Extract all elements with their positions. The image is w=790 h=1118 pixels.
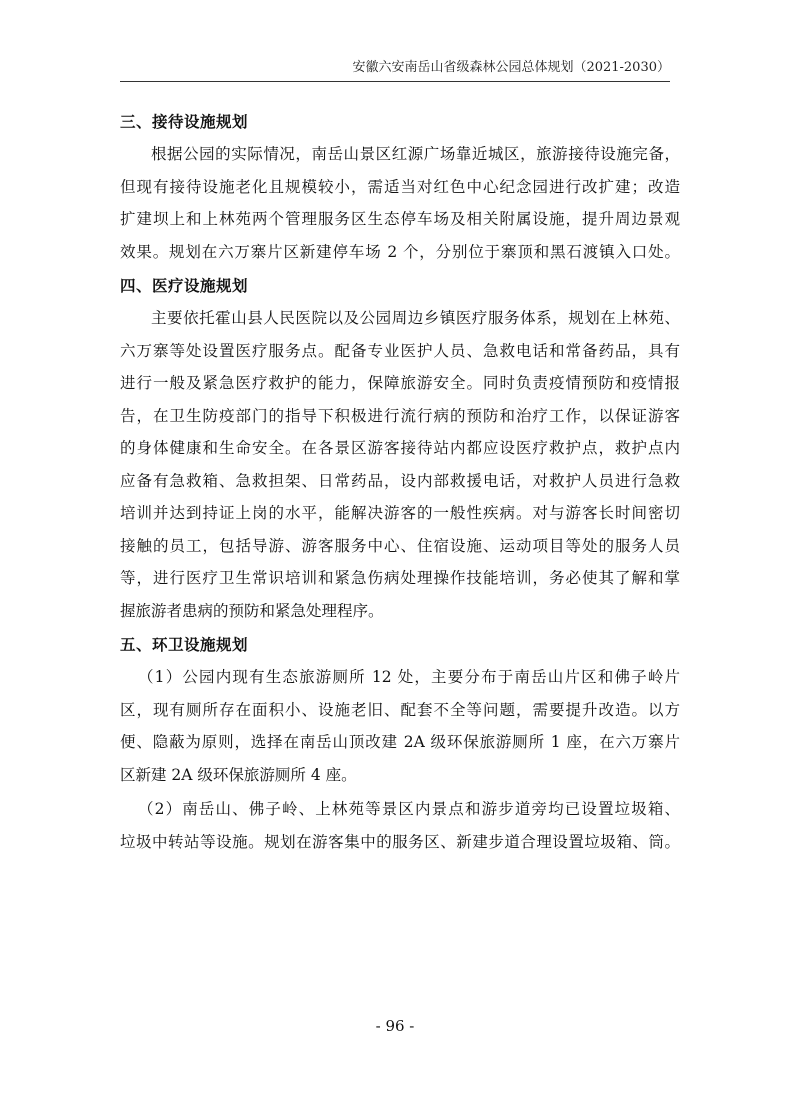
text-line: 主要依托霍山县人民医院以及公园周边乡镇医疗服务体系，规划在上林苑、 bbox=[120, 302, 680, 335]
running-header: 安徽六安南岳山省级森林公园总体规划（2021-2030） bbox=[120, 58, 670, 82]
text-line: 的身体健康和生命安全。在各景区游客接待站内都应设医疗救护点，救护点内 bbox=[120, 432, 680, 465]
text-line: 区新建 2A 级环保旅游厕所 4 座。 bbox=[120, 759, 680, 792]
text-line: 六万寨等处设置医疗服务点。配备专业医护人员、急救电话和常备药品，具有 bbox=[120, 335, 680, 368]
text-line: 便、隐蔽为原则，选择在南岳山顶改建 2A 级环保旅游厕所 1 座，在六万寨片 bbox=[120, 726, 680, 759]
paragraph: （1）公园内现有生态旅游厕所 12 处，主要分布于南岳山片区和佛子岭片 区，现有… bbox=[120, 661, 680, 791]
document-title: 安徽六安南岳山省级森林公园总体规划（2021-2030） bbox=[352, 60, 670, 75]
section-heading: 三、接待设施规划 bbox=[120, 106, 680, 138]
text-line: 扩建坝上和上林苑两个管理服务区生态停车场及相关附属设施，提升周边景观 bbox=[120, 203, 680, 236]
text-line: 区，现有厕所存在面积小、设施老旧、配套不全等问题，需要提升改造。以方 bbox=[120, 694, 680, 727]
text-line: 但现有接待设施老化且规模较小，需适当对红色中心纪念园进行改扩建；改造 bbox=[120, 171, 680, 204]
text-line: 等，进行医疗卫生常识培训和紧急伤病处理操作技能培训，务必使其了解和掌 bbox=[120, 562, 680, 595]
text-line: 进行一般及紧急医疗救护的能力，保障旅游安全。同时负责疫情预防和疫情报 bbox=[120, 367, 680, 400]
text-line: 应备有急救箱、急救担架、日常药品，设内部救援电话，对救护人员进行急救 bbox=[120, 465, 680, 498]
text-line: 培训并达到持证上岗的水平，能解决游客的一般性疾病。对与游客长时间密切 bbox=[120, 497, 680, 530]
paragraph: 根据公园的实际情况，南岳山景区红源广场靠近城区，旅游接待设施完备， 但现有接待设… bbox=[120, 138, 680, 268]
text-line: 效果。规划在六万寨片区新建停车场 2 个，分别位于寨顶和黑石渡镇入口处。 bbox=[120, 236, 680, 269]
text-line: 接触的员工，包括导游、游客服务中心、住宿设施、运动项目等处的服务人员 bbox=[120, 530, 680, 563]
section-reception-facilities: 三、接待设施规划 根据公园的实际情况，南岳山景区红源广场靠近城区，旅游接待设施完… bbox=[120, 106, 680, 268]
text-line: （2）南岳山、佛子岭、上林苑等景区内景点和游步道旁均已设置垃圾箱、 bbox=[120, 793, 680, 826]
section-medical-facilities: 四、医疗设施规划 主要依托霍山县人民医院以及公园周边乡镇医疗服务体系，规划在上林… bbox=[120, 270, 680, 627]
page-number: - 96 - bbox=[0, 1017, 790, 1035]
text-line: 握旅游者患病的预防和紧急处理程序。 bbox=[120, 595, 680, 628]
section-heading: 五、环卫设施规划 bbox=[120, 629, 680, 661]
text-line: 垃圾中转站等设施。规划在游客集中的服务区、新建步道合理设置垃圾箱、筒。 bbox=[120, 826, 680, 859]
section-heading: 四、医疗设施规划 bbox=[120, 270, 680, 302]
page-body: 三、接待设施规划 根据公园的实际情况，南岳山景区红源广场靠近城区，旅游接待设施完… bbox=[120, 106, 680, 858]
text-line: 根据公园的实际情况，南岳山景区红源广场靠近城区，旅游接待设施完备， bbox=[120, 138, 680, 171]
paragraph: 主要依托霍山县人民医院以及公园周边乡镇医疗服务体系，规划在上林苑、 六万寨等处设… bbox=[120, 302, 680, 627]
text-line: （1）公园内现有生态旅游厕所 12 处，主要分布于南岳山片区和佛子岭片 bbox=[120, 661, 680, 694]
section-sanitation-facilities: 五、环卫设施规划 （1）公园内现有生态旅游厕所 12 处，主要分布于南岳山片区和… bbox=[120, 629, 680, 858]
paragraph: （2）南岳山、佛子岭、上林苑等景区内景点和游步道旁均已设置垃圾箱、 垃圾中转站等… bbox=[120, 793, 680, 858]
text-line: 告，在卫生防疫部门的指导下积极进行流行病的预防和治疗工作，以保证游客 bbox=[120, 400, 680, 433]
